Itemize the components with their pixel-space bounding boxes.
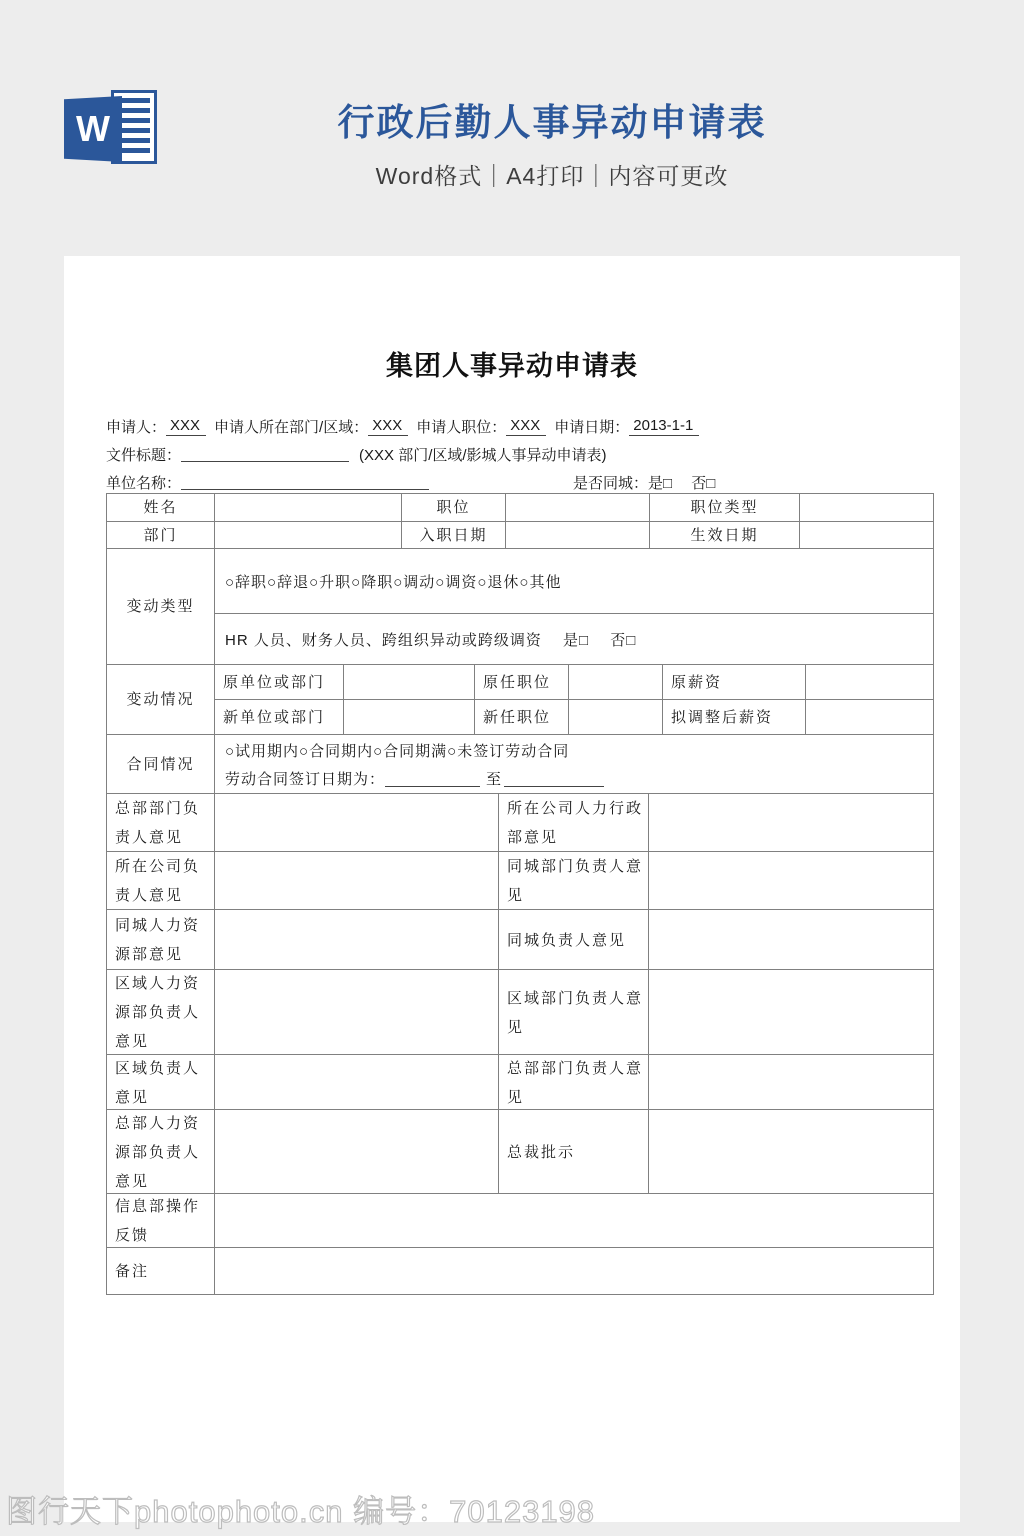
old-unit-label-cell: 原单位或部门	[215, 665, 343, 699]
hq-hr-head-opinion-label: 总部人力资源部负责人意见	[107, 1110, 214, 1194]
dept-label-cell: 部门	[107, 522, 214, 549]
samecity-hr-opinion-label: 同城人力资源部意见	[107, 910, 214, 970]
old-salary-input-cell	[805, 665, 933, 699]
president-approval-input	[648, 1110, 933, 1194]
hq-dept-opinion-input	[214, 794, 498, 852]
form-header-info: 申请人： XXX 申请人所在部门/区域： XXX 申请人职位： XXX 申请日期…	[106, 412, 934, 496]
apply-date-label: 申请日期：	[554, 416, 629, 437]
template-preview-page: { "colors": { "accent_blue": "#2b579a", …	[0, 0, 1024, 1536]
change-type-section: 变动类型 ○辞职○辞退○升职○降职○调动○调资○退休○其他 HR 人员、财务人员…	[107, 548, 933, 664]
template-title: 行政后勤人事异动申请表	[80, 92, 1024, 146]
old-position-input-cell	[568, 665, 662, 699]
position-type-input-cell	[799, 494, 933, 521]
samecity-dept-head-opinion-input	[648, 852, 933, 910]
template-subtitle: Word格式｜A4打印｜内容可更改	[80, 158, 1024, 191]
department-label: 申请人所在部门/区域：	[214, 416, 368, 437]
position-type-label-cell: 职位类型	[649, 494, 799, 521]
samecity-head-opinion-input	[648, 910, 933, 970]
contract-options-line: ○试用期内○合同期内○合同期满○未签订劳动合同	[225, 737, 933, 765]
stock-site-watermark: 图行天下photophoto.cn 编号：70123198	[6, 1486, 595, 1531]
contract-label-cell: 合同情况	[107, 735, 214, 794]
change-type-hr-row: HR 人员、财务人员、跨组织异动或跨级调资 是□ 否□	[215, 613, 933, 664]
old-salary-label-cell: 原薪资	[662, 665, 805, 699]
change-type-options-row: ○辞职○辞退○升职○降职○调动○调资○退休○其他	[215, 549, 933, 613]
old-position-label-cell: 原任职位	[474, 665, 568, 699]
company-hr-admin-opinion-label: 所在公司人力行政部意见	[498, 794, 648, 852]
samecity-head-opinion-label: 同城负责人意见	[498, 910, 648, 970]
applicant-value: XXX	[166, 417, 206, 436]
company-head-opinion-input	[214, 852, 498, 910]
remarks-label: 备注	[107, 1248, 214, 1295]
region-hr-head-opinion-label: 区域人力资源部负责人意见	[107, 970, 214, 1055]
doc-title-label: 文件标题：	[106, 444, 181, 465]
table-row-basic-1: 姓名 职位 职位类型	[107, 494, 933, 521]
contract-date-to-label: 至	[486, 768, 502, 789]
it-feedback-row: 信息部操作反馈	[107, 1193, 933, 1247]
samecity-dept-head-opinion-label: 同城部门负责人意见	[498, 852, 648, 910]
hq-dept-opinion-label: 总部部门负责人意见	[107, 794, 214, 852]
contract-date-from-blank	[385, 771, 480, 787]
document-preview-page: 集团人事异动申请表 申请人： XXX 申请人所在部门/区域： XXX 申请人职位…	[64, 256, 960, 1522]
contract-date-line: 劳动合同签订日期为： 至	[225, 765, 933, 793]
name-input-cell	[214, 494, 401, 521]
contract-section: 合同情况 ○试用期内○合同期内○合同期满○未签订劳动合同 劳动合同签订日期为： …	[107, 734, 933, 793]
contract-date-label: 劳动合同签订日期为：	[225, 768, 385, 789]
doc-title-blank	[181, 446, 349, 462]
region-head-opinion-label: 区域负责人意见	[107, 1055, 214, 1110]
company-head-opinion-label: 所在公司负责人意见	[107, 852, 214, 910]
unit-name-line: 单位名称： 是否同城：是□ 否□	[106, 468, 934, 496]
hq-dept-head-opinion-input	[648, 1055, 933, 1110]
contract-detail-cell: ○试用期内○合同期内○合同期满○未签订劳动合同 劳动合同签订日期为： 至	[214, 735, 933, 794]
change-detail-row-new: 新单位或部门 新任职位 拟调整后薪资	[215, 699, 933, 734]
president-approval-label: 总裁批示	[498, 1110, 648, 1194]
apply-date-value: 2013-1-1	[629, 417, 699, 436]
new-salary-input-cell	[805, 700, 933, 735]
new-unit-label-cell: 新单位或部门	[215, 700, 343, 735]
opinion-row-region-hr: 区域人力资源部负责人意见 区域部门负责人意见	[107, 969, 933, 1054]
company-hr-admin-opinion-input	[648, 794, 933, 852]
change-detail-label-cell: 变动情况	[107, 665, 214, 734]
it-feedback-label: 信息部操作反馈	[107, 1194, 214, 1248]
it-feedback-input	[214, 1194, 933, 1248]
effective-date-label-cell: 生效日期	[649, 522, 799, 549]
position-label: 申请人职位：	[416, 416, 506, 437]
hq-dept-head-opinion-label: 总部部门负责人意见	[498, 1055, 648, 1110]
position-input-cell	[505, 494, 649, 521]
remarks-row: 备注	[107, 1247, 933, 1294]
new-unit-input-cell	[343, 700, 474, 735]
dept-input-cell	[214, 522, 401, 549]
unit-name-label: 单位名称：	[106, 472, 181, 493]
region-dept-head-opinion-input	[648, 970, 933, 1055]
opinion-row-hq-hr: 总部人力资源部负责人意见 总裁批示	[107, 1109, 933, 1193]
new-position-label-cell: 新任职位	[474, 700, 568, 735]
samecity-hr-opinion-input	[214, 910, 498, 970]
position-value: XXX	[506, 417, 546, 436]
region-hr-head-opinion-input	[214, 970, 498, 1055]
change-type-options: ○辞职○辞退○升职○降职○调动○调资○退休○其他 HR 人员、财务人员、跨组织异…	[214, 549, 933, 664]
opinion-row-region-head: 区域负责人意见 总部部门负责人意见	[107, 1054, 933, 1109]
change-detail-section: 变动情况 原单位或部门 原任职位 原薪资 新单位或部门 新任职位 拟调整后薪资	[107, 664, 933, 734]
old-unit-input-cell	[343, 665, 474, 699]
effective-date-input-cell	[799, 522, 933, 549]
table-row-basic-2: 部门 入职日期 生效日期	[107, 521, 933, 548]
opinion-row-hq-dept: 总部部门负责人意见 所在公司人力行政部意见	[107, 793, 933, 851]
hire-date-label-cell: 入职日期	[401, 522, 505, 549]
change-detail-rows: 原单位或部门 原任职位 原薪资 新单位或部门 新任职位 拟调整后薪资	[214, 665, 933, 734]
remarks-input	[214, 1248, 933, 1295]
department-value: XXX	[368, 417, 408, 436]
doc-title-line: 文件标题： (XXX 部门/区域/影城人事异动申请表)	[106, 440, 934, 468]
personnel-change-table: 姓名 职位 职位类型 部门 入职日期 生效日期 变动类型 ○辞职○辞退○升职○降…	[106, 493, 934, 1295]
opinion-row-company-head: 所在公司负责人意见 同城部门负责人意见	[107, 851, 933, 909]
unit-name-blank	[181, 474, 429, 490]
region-dept-head-opinion-label: 区域部门负责人意见	[498, 970, 648, 1055]
applicant-label: 申请人：	[106, 416, 166, 437]
change-detail-row-old: 原单位或部门 原任职位 原薪资	[215, 665, 933, 699]
position-label-cell: 职位	[401, 494, 505, 521]
form-title: 集团人事异动申请表	[64, 344, 960, 383]
hire-date-input-cell	[505, 522, 649, 549]
name-label-cell: 姓名	[107, 494, 214, 521]
hq-hr-head-opinion-input	[214, 1110, 498, 1194]
change-type-label-cell: 变动类型	[107, 549, 214, 664]
same-city-options: 是否同城：是□ 否□	[573, 472, 715, 493]
new-position-input-cell	[568, 700, 662, 735]
applicant-line: 申请人： XXX 申请人所在部门/区域： XXX 申请人职位： XXX 申请日期…	[106, 412, 934, 440]
region-head-opinion-input	[214, 1055, 498, 1110]
opinion-row-samecity-hr: 同城人力资源部意见 同城负责人意见	[107, 909, 933, 969]
contract-date-to-blank	[504, 771, 604, 787]
new-salary-label-cell: 拟调整后薪资	[662, 700, 805, 735]
doc-title-suffix: (XXX 部门/区域/影城人事异动申请表)	[359, 444, 607, 465]
